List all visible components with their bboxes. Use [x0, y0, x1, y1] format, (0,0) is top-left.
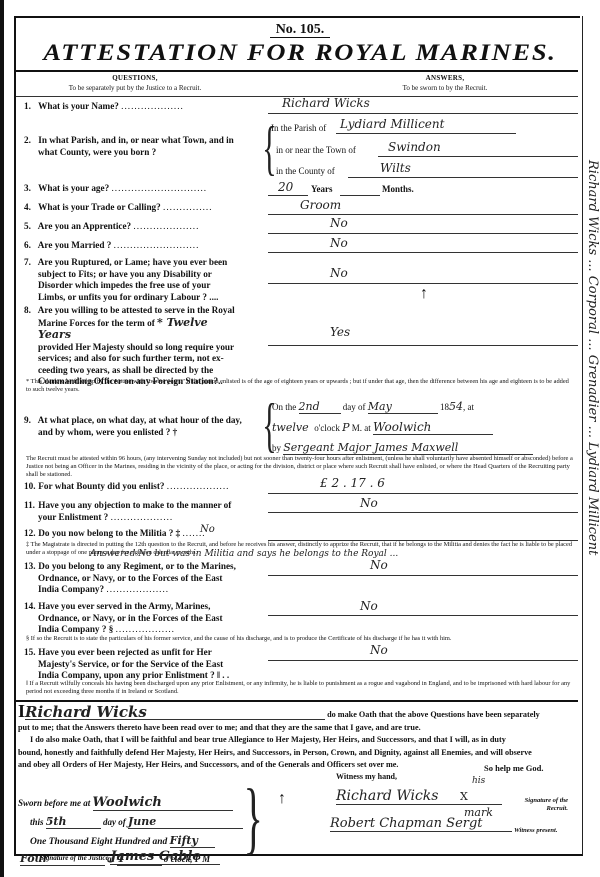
- sworn-day: this 5th day of June: [30, 815, 243, 829]
- county-line: [348, 177, 578, 178]
- so-help-me-god: So help me God.: [484, 763, 544, 773]
- sworn-month: June: [128, 815, 243, 829]
- answer-9-enlister: Sergeant Major James Maxwell: [283, 441, 533, 455]
- question-3: 3. What is your age? ...................…: [24, 183, 207, 195]
- question-5: 5. Are you an Apprentice? ..............…: [24, 221, 199, 233]
- years-line: [268, 195, 308, 196]
- answer-line-10: [268, 493, 578, 494]
- answer-14-served: No: [360, 599, 378, 613]
- town-label: in or near the Town of: [276, 145, 356, 155]
- answer-9-meridiem: P: [342, 421, 349, 434]
- town-line: [378, 156, 578, 157]
- caret-mark: ↑: [278, 790, 286, 808]
- months-line: [340, 195, 380, 196]
- q9-line3: by Sergeant Major James Maxwell: [272, 441, 533, 455]
- answer-line-7: [268, 283, 578, 284]
- question-15: 15. Have you ever been rejected as unfit…: [24, 647, 229, 682]
- answer-1-name: Richard Wicks: [282, 96, 370, 110]
- answer-9-place: Woolwich: [373, 420, 493, 435]
- oath-text: IRichard Wicks do make Oath that the abo…: [18, 705, 576, 772]
- parish-label: In the Parish of: [271, 123, 326, 133]
- his-label: his: [472, 776, 485, 786]
- answer-8-term: * Twelve: [157, 316, 208, 329]
- top-rule: [14, 16, 580, 18]
- answers-header: ANSWERS,To be sworn to by the Recruit.: [360, 73, 530, 93]
- form-title: ATTESTATION FOR ROYAL MARINES.: [0, 40, 600, 66]
- answer-9-month: May: [368, 400, 438, 414]
- answer-9-year: 54: [449, 400, 463, 413]
- sworn-year: One Thousand Eight Hundred and Fifty: [30, 834, 215, 848]
- sworn-year-words-1: Fifty: [170, 834, 215, 848]
- question-12: 12. Do you now belong to the Militia ? ‡…: [24, 528, 206, 540]
- answer-line-5: [268, 233, 578, 234]
- months-label: Months.: [382, 184, 414, 194]
- question-8: 8. Are you willing to be attested to ser…: [24, 305, 235, 388]
- years-label: Years: [311, 184, 333, 194]
- answer-6-married: No: [330, 236, 348, 250]
- question-4: 4. What is your Trade or Calling? ......…: [24, 202, 213, 214]
- answer-line-11: [268, 512, 578, 513]
- answer-9-hour: twelve: [272, 421, 312, 434]
- recruit-signature: Richard Wicks: [336, 788, 502, 805]
- oath-rule: [16, 700, 578, 702]
- scan-edge: [0, 0, 4, 877]
- answer-5-apprentice: No: [330, 216, 348, 230]
- witness-present-label: Witness present.: [514, 827, 557, 834]
- county-label: in the County of: [276, 166, 335, 176]
- questions-header: QUESTIONS,To be separately put by the Ju…: [40, 73, 230, 93]
- q12-annotation: Answered No but was in Militia and says …: [90, 549, 398, 559]
- answer-line-6: [268, 252, 578, 253]
- answer-15-rejected: No: [370, 643, 388, 657]
- question-2: 2. In what Parish, and in, or near what …: [24, 135, 234, 158]
- answer-10-bounty: £ 2 . 17 . 6: [320, 476, 385, 490]
- sworn-day-value: 5th: [46, 815, 101, 829]
- margin-annotation: Richard Wicks ... Corporal ... Grenadier…: [585, 160, 600, 620]
- question-10: 10. For what Bounty did you enlist? ....…: [24, 481, 229, 493]
- question-1: 1. What is your Name? ..................…: [24, 101, 184, 113]
- witness-signature: Robert Chapman Sergt: [330, 816, 512, 832]
- mark-x: X: [460, 790, 468, 803]
- answer-line-15: [268, 660, 578, 661]
- parish-line: [336, 133, 516, 134]
- q9-line2: twelve o'clock P M. at Woolwich: [272, 420, 493, 435]
- answer-line-8: [268, 345, 578, 346]
- answer-line-1: [268, 113, 578, 114]
- oath-name: Richard Wicks: [25, 706, 325, 720]
- footnote-q8: * This blank to be filled up by the Just…: [26, 378, 574, 394]
- footnote-q14: § If so the Recruit is to state the part…: [26, 635, 574, 643]
- question-11: 11. Have you any objection to make to th…: [24, 500, 231, 523]
- title-rule: [16, 70, 578, 72]
- footnote-q15: ‖ If a Recruit wilfully conceals his hav…: [26, 680, 574, 696]
- justice-name: James Gable: [110, 849, 220, 865]
- answer-12-militia: No: [200, 524, 215, 535]
- brace: }: [244, 778, 263, 858]
- form-number: No. 105.: [0, 22, 600, 38]
- question-14: 14. Have you ever served in the Army, Ma…: [24, 601, 223, 636]
- answer-2-town: Swindon: [388, 140, 441, 154]
- answer-line-13: [268, 575, 578, 576]
- caret-mark: ↑: [420, 285, 428, 303]
- answer-13-regiment: No: [370, 558, 388, 572]
- answer-11-objection: No: [360, 496, 378, 510]
- answer-4-trade: Groom: [300, 198, 341, 212]
- answer-7-ruptured: No: [330, 266, 348, 280]
- question-7: 7. Are you Ruptured, or Lame; have you e…: [24, 257, 227, 303]
- question-13: 13. Do you belong to any Regiment, or to…: [24, 561, 236, 596]
- answer-8-willing: Yes: [330, 325, 350, 339]
- answer-9-day: 2nd: [299, 400, 341, 414]
- answer-2-parish: Lydiard Millicent: [340, 117, 444, 131]
- recruit-signature-label: Signature of the Recruit.: [508, 797, 568, 813]
- question-9: 9. At what place, on what day, at what h…: [24, 415, 242, 438]
- answer-3-years: 20: [278, 180, 293, 194]
- sworn-before: Sworn before me at Woolwich: [18, 795, 233, 811]
- q9-line1: On the 2nd day of May 1854, at: [272, 400, 474, 414]
- answer-8-term-years: Years: [38, 328, 71, 341]
- answer-2-county: Wilts: [380, 161, 411, 175]
- witness-my-hand: Witness my hand,: [336, 772, 397, 781]
- answer-line-14: [268, 615, 578, 616]
- justice-signature: Signature of the Justice James Gable: [40, 849, 220, 865]
- question-6: 6. Are you Married ? ...................…: [24, 240, 199, 252]
- footnote-q9: The Recruit must be attested within 96 h…: [26, 455, 574, 479]
- sworn-place: Woolwich: [93, 795, 233, 811]
- answer-line-4: [268, 214, 578, 215]
